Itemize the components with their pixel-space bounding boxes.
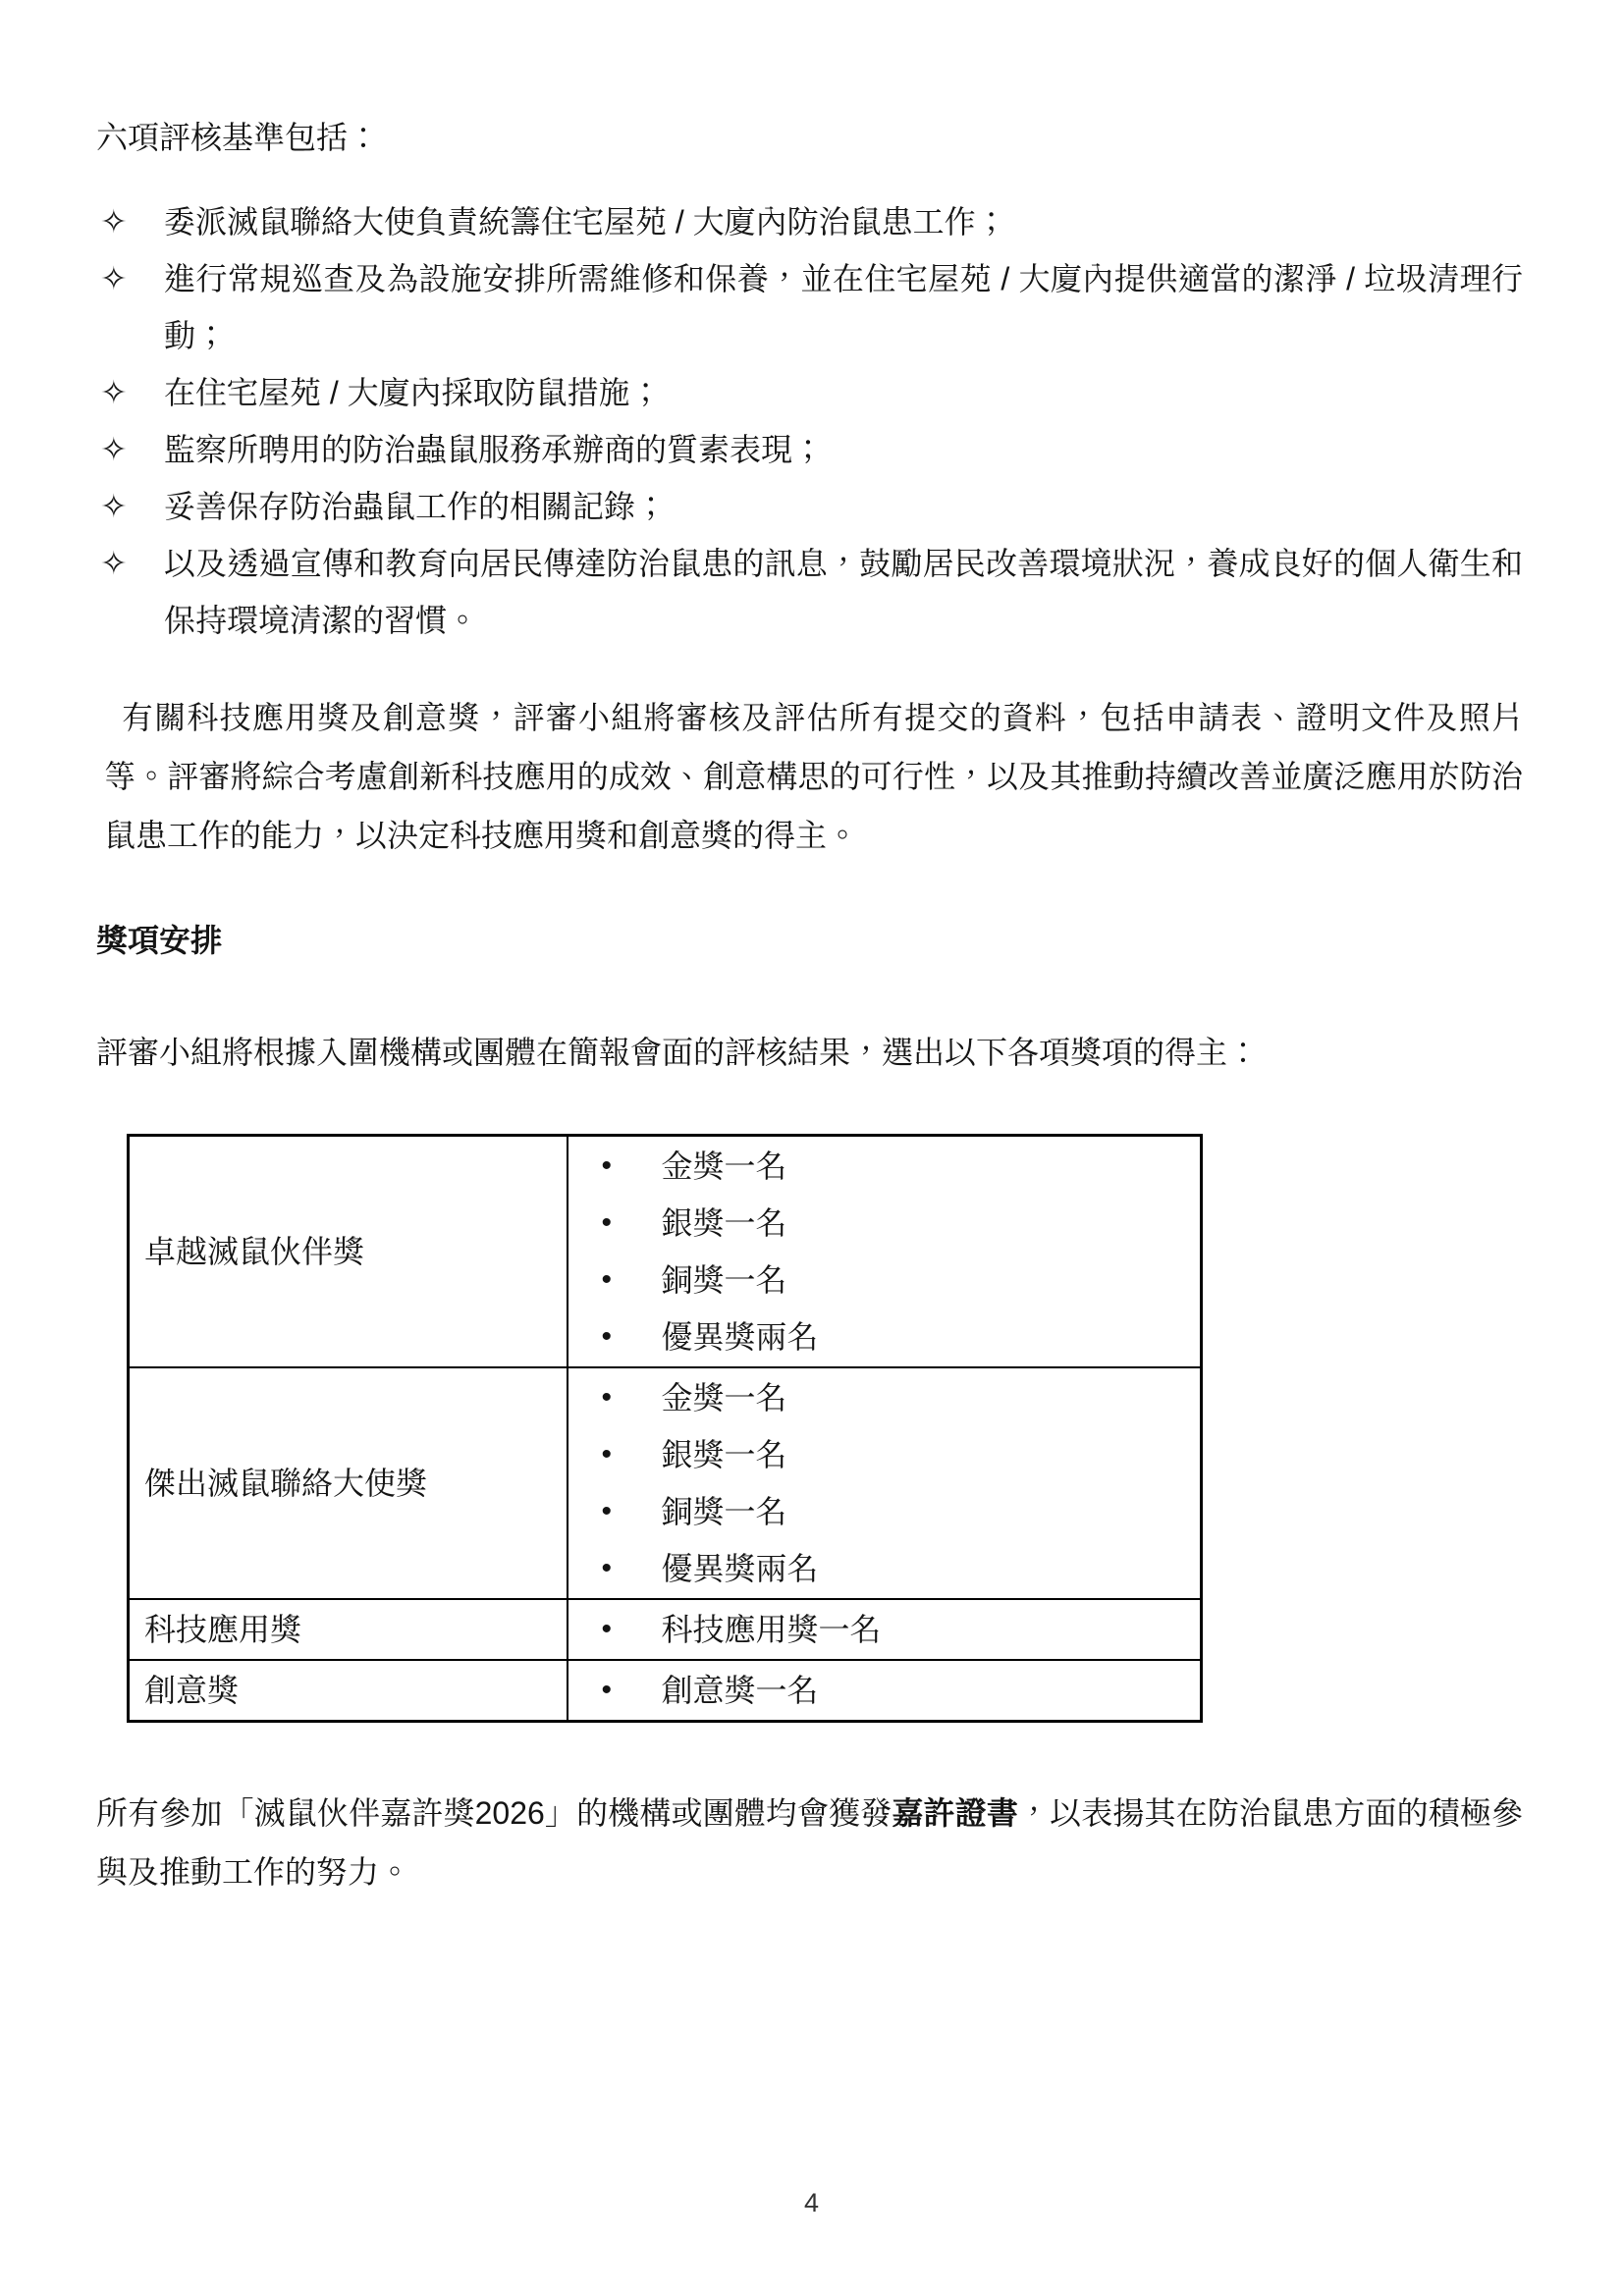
award-category-cell: 卓越滅鼠伙伴獎 xyxy=(129,1136,568,1368)
award-items-cell: •科技應用獎一名 xyxy=(568,1599,1202,1660)
dot-bullet-icon: • xyxy=(602,1308,613,1365)
table-row: 卓越滅鼠伙伴獎 •金獎一名 •銀獎一名 •銅獎一名 •優異獎兩名 xyxy=(129,1136,1202,1368)
document-page: 六項評核基準包括： ✧ 委派滅鼠聯絡大使負責統籌住宅屋苑 / 大廈內防治鼠患工作… xyxy=(0,0,1623,2296)
award-items-list: •創意獎一名 xyxy=(568,1661,1201,1720)
closing-paragraph: 所有參加「滅鼠伙伴嘉許獎2026」的機構或團體均會獲發嘉許證書，以表揚其在防治鼠… xyxy=(96,1784,1523,1901)
award-items-cell: •金獎一名 •銀獎一名 •銅獎一名 •優異獎兩名 xyxy=(568,1367,1202,1599)
award-item: •銀獎一名 xyxy=(568,1195,1201,1252)
page-number: 4 xyxy=(0,2185,1623,2220)
award-items-cell: •金獎一名 •銀獎一名 •銅獎一名 •優異獎兩名 xyxy=(568,1136,1202,1368)
criteria-item: ✧ 監察所聘用的防治蟲鼠服務承辦商的質素表現； xyxy=(96,421,1523,478)
diamond-bullet-icon: ✧ xyxy=(100,364,128,421)
criteria-list: ✧ 委派滅鼠聯絡大使負責統籌住宅屋苑 / 大廈內防治鼠患工作； ✧ 進行常規巡查… xyxy=(96,193,1523,649)
dot-bullet-icon: • xyxy=(602,1540,613,1597)
dot-bullet-icon: • xyxy=(602,1426,613,1483)
criteria-item: ✧ 進行常規巡查及為設施安排所需維修和保養，並在住宅屋苑 / 大廈內提供適當的潔… xyxy=(96,250,1523,364)
award-category-cell: 科技應用獎 xyxy=(129,1599,568,1660)
dot-bullet-icon: • xyxy=(602,1369,613,1426)
page-content: 六項評核基準包括： ✧ 委派滅鼠聯絡大使負責統籌住宅屋苑 / 大廈內防治鼠患工作… xyxy=(0,0,1623,1901)
award-items-list: •金獎一名 •銀獎一名 •銅獎一名 •優異獎兩名 xyxy=(568,1137,1201,1366)
section-heading-awards: 獎項安排 xyxy=(96,911,1523,970)
award-item-text: 科技應用獎一名 xyxy=(662,1612,882,1647)
award-item-text: 金獎一名 xyxy=(662,1380,787,1415)
award-item: •科技應用獎一名 xyxy=(568,1601,1201,1658)
award-items-cell: •創意獎一名 xyxy=(568,1660,1202,1722)
dot-bullet-icon: • xyxy=(602,1601,613,1658)
criteria-item-text: 在住宅屋苑 / 大廈內採取防鼠措施； xyxy=(164,375,662,410)
certificate-bold-text: 嘉許證書 xyxy=(892,1795,1018,1831)
table-row: 科技應用獎 •科技應用獎一名 xyxy=(129,1599,1202,1660)
tech-award-paragraph: 有關科技應用獎及創意獎，評審小組將審核及評估所有提交的資料，包括申請表、證明文件… xyxy=(104,688,1523,865)
award-item: •創意獎一名 xyxy=(568,1662,1201,1719)
award-item-text: 銀獎一名 xyxy=(662,1205,787,1241)
criteria-item: ✧ 妥善保存防治蟲鼠工作的相關記錄； xyxy=(96,478,1523,535)
awards-table: 卓越滅鼠伙伴獎 •金獎一名 •銀獎一名 •銅獎一名 •優異獎兩名 傑出滅鼠聯絡大… xyxy=(127,1134,1203,1723)
criteria-item-text: 進行常規巡查及為設施安排所需維修和保養，並在住宅屋苑 / 大廈內提供適當的潔淨 … xyxy=(164,261,1523,353)
award-item: •優異獎兩名 xyxy=(568,1540,1201,1597)
table-row: 傑出滅鼠聯絡大使獎 •金獎一名 •銀獎一名 •銅獎一名 •優異獎兩名 xyxy=(129,1367,1202,1599)
criteria-item: ✧ 以及透過宣傳和教育向居民傳達防治鼠患的訊息，鼓勵居民改善環境狀況，養成良好的… xyxy=(96,535,1523,649)
award-item: •金獎一名 xyxy=(568,1369,1201,1426)
diamond-bullet-icon: ✧ xyxy=(100,478,128,535)
selection-paragraph: 評審小組將根據入圍機構或團體在簡報會面的評核結果，選出以下各項獎項的得主： xyxy=(96,1023,1523,1082)
diamond-bullet-icon: ✧ xyxy=(100,421,128,478)
award-item-text: 創意獎一名 xyxy=(662,1673,819,1708)
diamond-bullet-icon: ✧ xyxy=(100,535,128,592)
award-item-text: 優異獎兩名 xyxy=(662,1551,819,1586)
award-item-text: 銅獎一名 xyxy=(662,1262,787,1298)
award-item: •銅獎一名 xyxy=(568,1252,1201,1308)
criteria-item-text: 委派滅鼠聯絡大使負責統籌住宅屋苑 / 大廈內防治鼠患工作； xyxy=(164,204,1007,240)
award-category-cell: 創意獎 xyxy=(129,1660,568,1722)
award-item-text: 銅獎一名 xyxy=(662,1494,787,1529)
dot-bullet-icon: • xyxy=(602,1195,613,1252)
award-item-text: 銀獎一名 xyxy=(662,1437,787,1472)
table-row: 創意獎 •創意獎一名 xyxy=(129,1660,1202,1722)
closing-text-before: 所有參加「滅鼠伙伴嘉許獎2026」的機構或團體均會獲發 xyxy=(96,1795,892,1831)
criteria-item: ✧ 在住宅屋苑 / 大廈內採取防鼠措施； xyxy=(96,364,1523,421)
dot-bullet-icon: • xyxy=(602,1662,613,1719)
diamond-bullet-icon: ✧ xyxy=(100,250,128,307)
award-item-text: 金獎一名 xyxy=(662,1148,787,1184)
dot-bullet-icon: • xyxy=(602,1252,613,1308)
diamond-bullet-icon: ✧ xyxy=(100,193,128,250)
award-item: •金獎一名 xyxy=(568,1138,1201,1195)
criteria-item-text: 監察所聘用的防治蟲鼠服務承辦商的質素表現； xyxy=(164,432,824,467)
dot-bullet-icon: • xyxy=(602,1483,613,1540)
criteria-item: ✧ 委派滅鼠聯絡大使負責統籌住宅屋苑 / 大廈內防治鼠患工作； xyxy=(96,193,1523,250)
award-item: •優異獎兩名 xyxy=(568,1308,1201,1365)
criteria-item-text: 以及透過宣傳和教育向居民傳達防治鼠患的訊息，鼓勵居民改善環境狀況，養成良好的個人… xyxy=(164,546,1523,638)
award-item: •銀獎一名 xyxy=(568,1426,1201,1483)
award-category-cell: 傑出滅鼠聯絡大使獎 xyxy=(129,1367,568,1599)
award-item-text: 優異獎兩名 xyxy=(662,1319,819,1355)
dot-bullet-icon: • xyxy=(602,1138,613,1195)
criteria-item-text: 妥善保存防治蟲鼠工作的相關記錄； xyxy=(164,489,667,524)
award-items-list: •金獎一名 •銀獎一名 •銅獎一名 •優異獎兩名 xyxy=(568,1368,1201,1598)
criteria-intro: 六項評核基準包括： xyxy=(96,108,1523,167)
award-items-list: •科技應用獎一名 xyxy=(568,1600,1201,1659)
award-item: •銅獎一名 xyxy=(568,1483,1201,1540)
